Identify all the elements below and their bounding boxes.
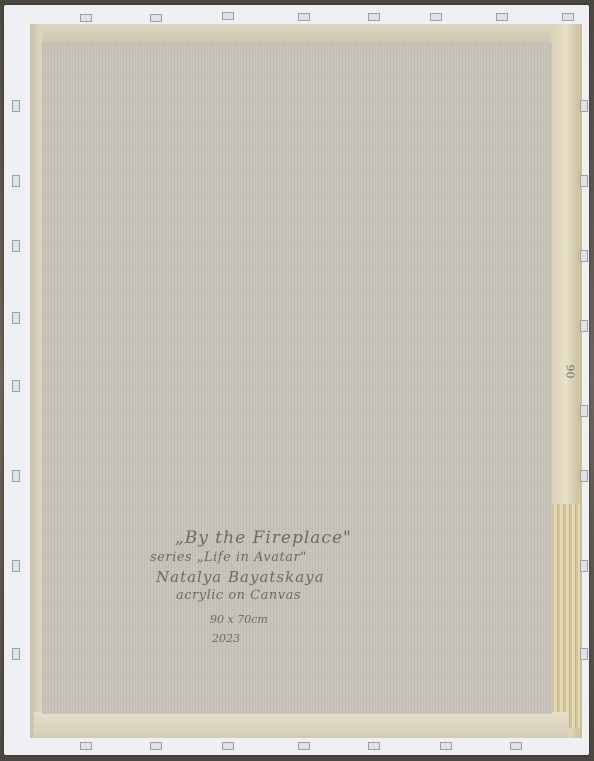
staple-icon [12, 175, 20, 187]
medium: acrylic on Canvas [176, 588, 410, 603]
staple-icon [298, 13, 310, 21]
staple-icon [298, 742, 310, 750]
staple-icon [150, 14, 162, 22]
staple-icon [368, 13, 380, 21]
staple-icon [80, 14, 92, 22]
staple-icon [580, 405, 588, 417]
staple-icon [12, 240, 20, 252]
staple-icon [368, 742, 380, 750]
staple-icon [580, 470, 588, 482]
staple-icon [562, 13, 574, 21]
staple-icon [150, 742, 162, 750]
stretcher-bar-top [34, 24, 556, 42]
dimensions: 90 x 70cm [210, 613, 410, 626]
handwritten-inscription: „By the Fireplace" series „Life in Avata… [150, 528, 410, 645]
staple-icon [12, 380, 20, 392]
stretcher-pencil-mark: 90 [564, 365, 577, 379]
staple-icon [580, 648, 588, 660]
series-name: series „Life in Avatar" [150, 550, 410, 565]
staple-icon [580, 100, 588, 112]
staple-icon [12, 648, 20, 660]
staple-icon [430, 13, 442, 21]
staple-icon [580, 250, 588, 262]
staple-icon [440, 742, 452, 750]
staple-icon [580, 560, 588, 572]
painting-title: „By the Fireplace" [175, 528, 410, 548]
staple-icon [222, 12, 234, 20]
artist-name: Natalya Bayatskaya [156, 568, 410, 586]
staple-icon [510, 742, 522, 750]
stretcher-bar-bottom [34, 712, 569, 738]
staple-icon [12, 100, 20, 112]
staple-icon [580, 320, 588, 332]
staple-icon [496, 13, 508, 21]
staple-icon [12, 470, 20, 482]
staple-icon [12, 560, 20, 572]
staple-icon [222, 742, 234, 750]
staple-icon [80, 742, 92, 750]
staple-icon [580, 175, 588, 187]
stretcher-bar-left [30, 24, 42, 738]
stretcher-bar-right [550, 24, 582, 738]
staple-icon [12, 312, 20, 324]
year: 2023 [212, 632, 410, 645]
